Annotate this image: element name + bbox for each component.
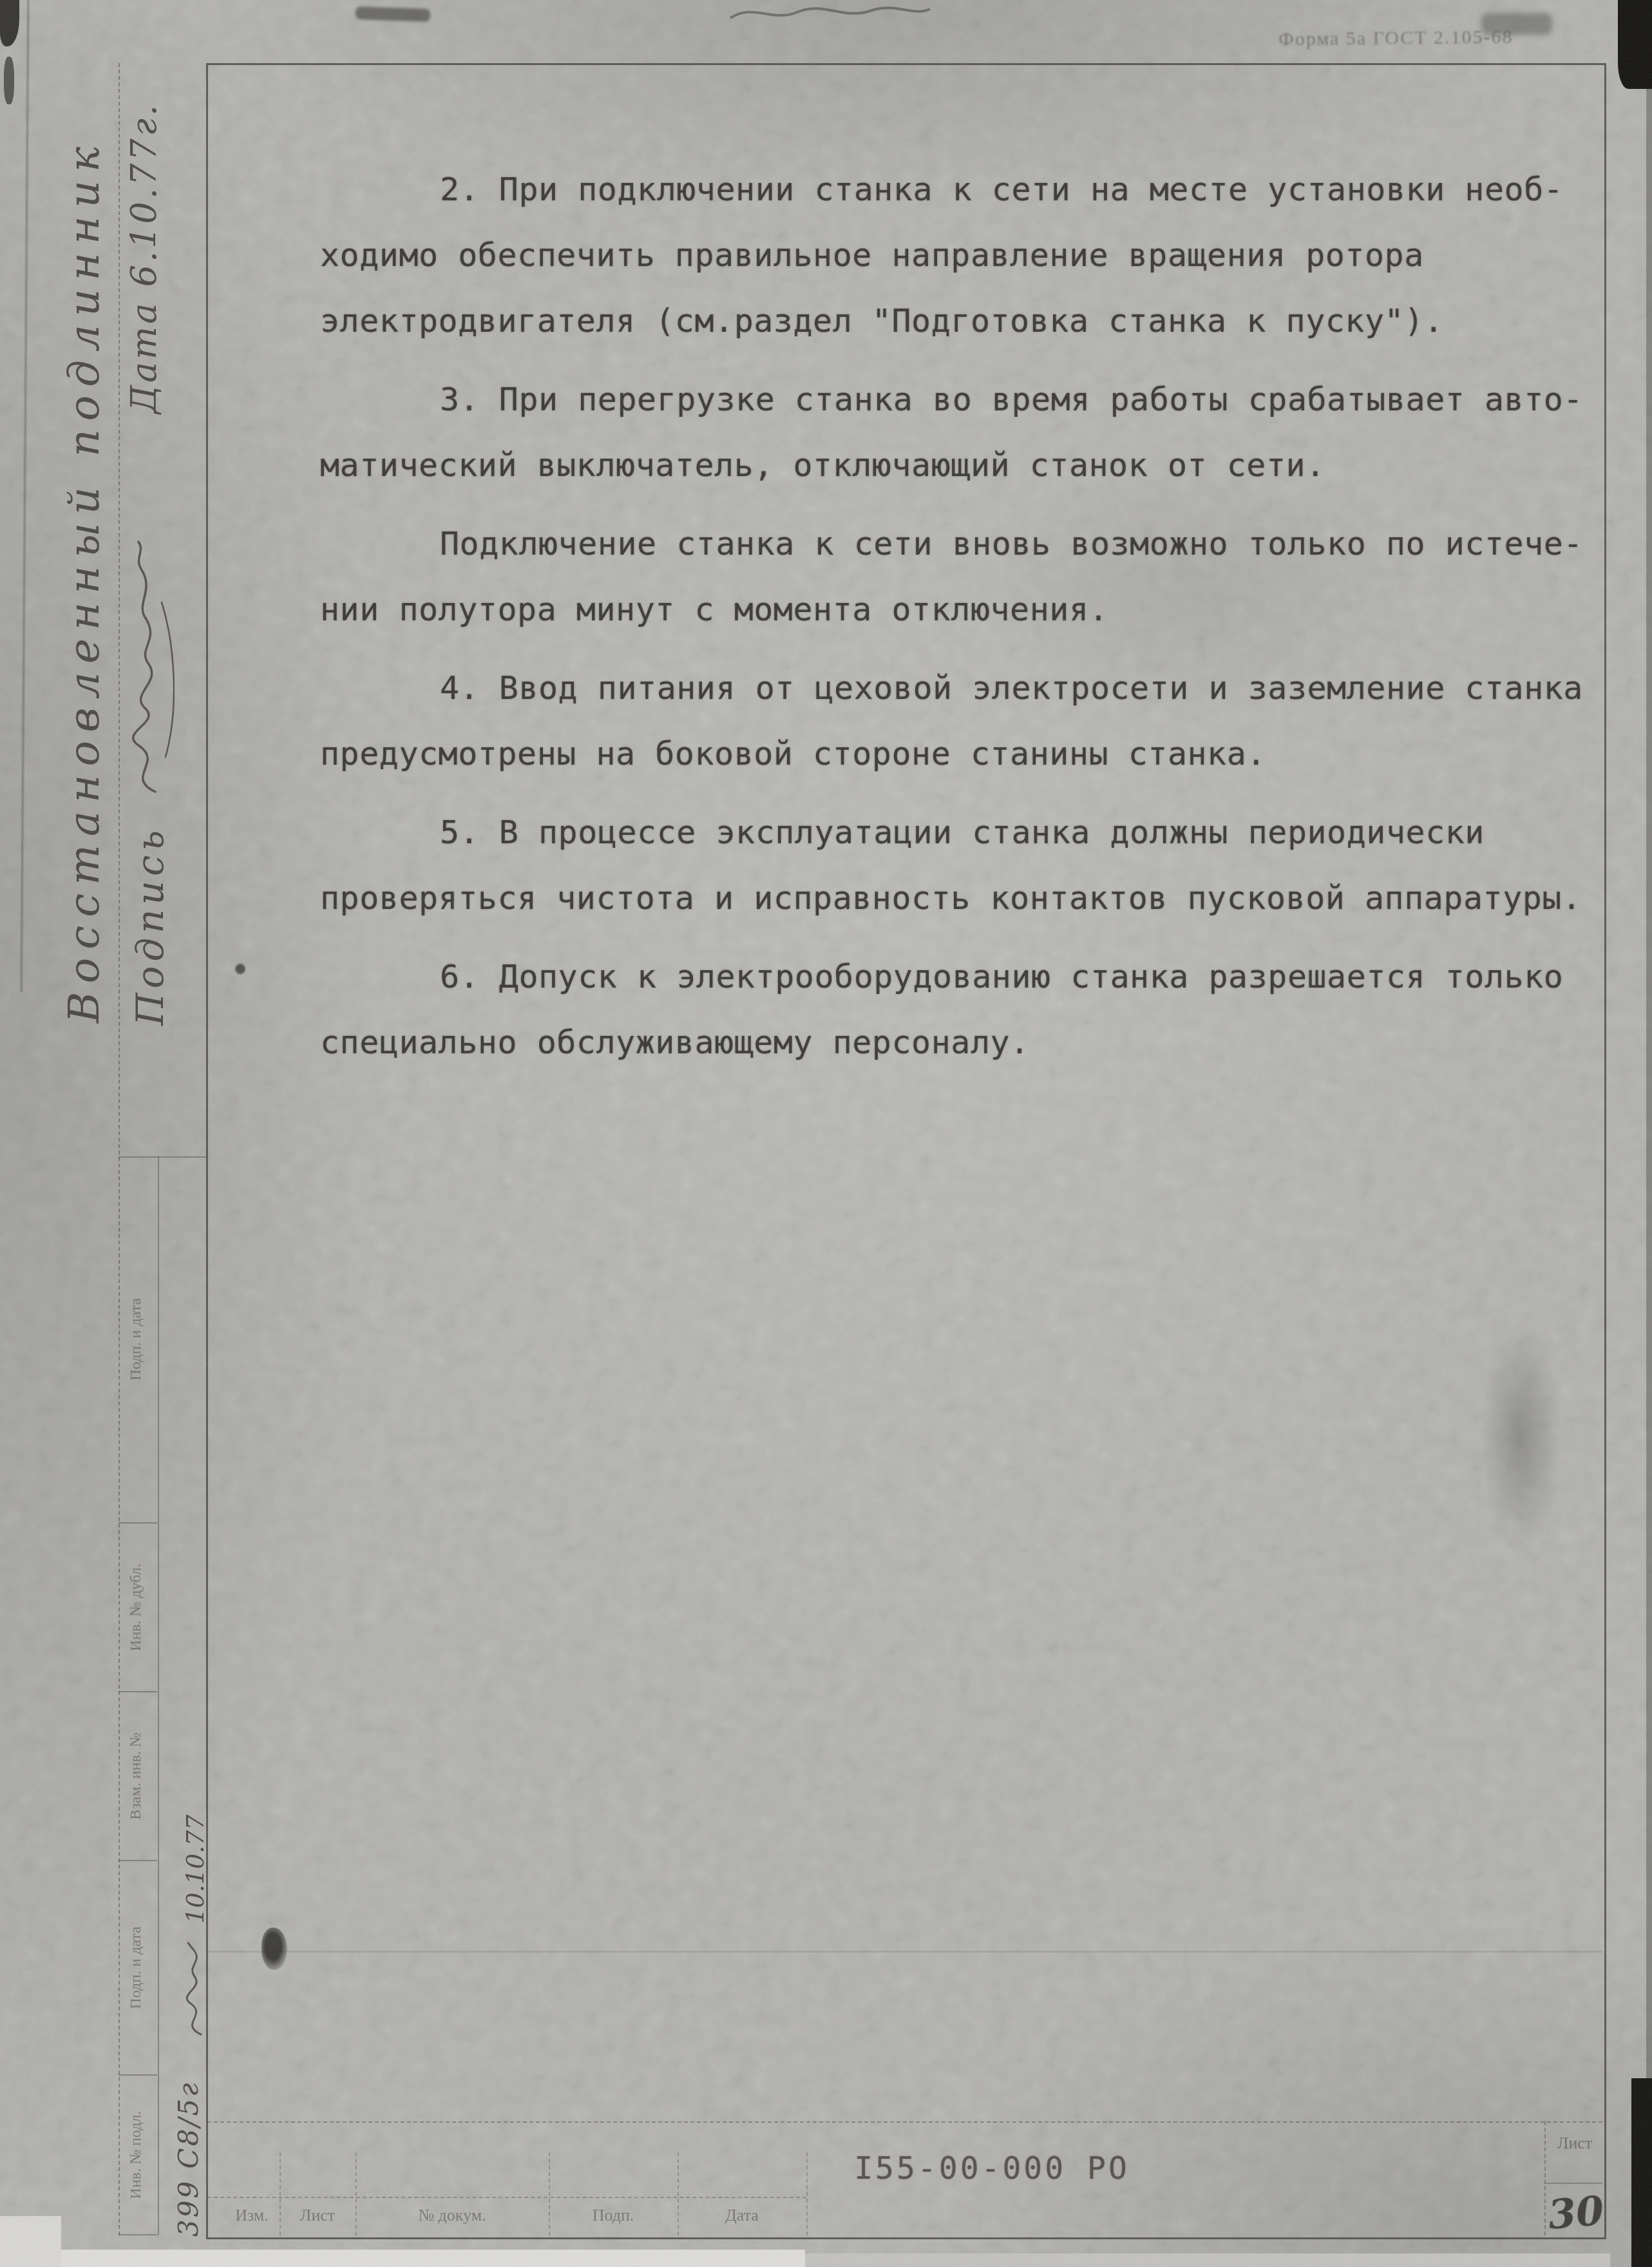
stamp-date-text: 10.10.77: [181, 1815, 209, 1924]
scan-edge-right-thin: [1646, 0, 1652, 2267]
stamp-date-entry: 10.10.77: [175, 1728, 213, 2037]
text-line: специально обслуживающему персоналу.: [320, 1009, 1599, 1075]
handwritten-date-note: Дата 6.10.77г.: [124, 79, 164, 414]
paragraph: 6. Допуск к электрооборудованию станка р…: [320, 944, 1599, 1075]
stamp-field-label: Подп. и дата: [128, 1159, 145, 1520]
paper-cut-bottom-gray: [805, 2253, 1610, 2267]
paragraph: 5. В процессе эксплуатации станка должны…: [320, 799, 1599, 931]
scanned-document-page: Восстановленный подлинник Подпись Дата 6…: [0, 0, 1652, 2267]
stamp-field-label: Подп. и дата: [128, 1864, 145, 2072]
paper-edge-line-left: [21, 0, 30, 992]
title-block-column-label: Лист: [280, 2206, 356, 2225]
paper-cut-corner: [0, 2216, 61, 2267]
stamp-field-label: Инв. № дубл.: [128, 1526, 145, 1688]
text-line: проверяться чистота и исправность контак…: [320, 865, 1599, 931]
stamp-field-label: Инв. № подл.: [128, 2078, 145, 2232]
title-block-column-label: № докум.: [356, 2206, 549, 2225]
title-block-top-line: [207, 2121, 1602, 2123]
text-line: матический выключатель, отключающий стан…: [320, 432, 1599, 498]
ink-stain: [261, 1927, 287, 1970]
ink-dot: [234, 962, 246, 975]
sheet-label: Лист: [1546, 2134, 1604, 2153]
stamp-field-box: Инв. № дубл.: [119, 1524, 157, 1692]
text-line: электродвигателя (см.раздел "Подготовка …: [320, 288, 1599, 354]
title-block-column-label: Дата: [678, 2206, 806, 2225]
title-block-row-line: [207, 2197, 806, 2198]
scan-edge-chip-topleft: [0, 0, 19, 46]
signature-label: Подпись: [128, 826, 172, 1026]
paragraph: Подключение станка к сети вновь возможно…: [320, 511, 1599, 642]
sheet-cell-mid-line: [1544, 2183, 1602, 2184]
stamp-field-box: Подп. и дата: [119, 1156, 157, 1524]
typewritten-text: 2. При подключении станка к сети на мест…: [320, 157, 1599, 1088]
text-line: 5. В процессе эксплуатации станка должны…: [320, 799, 1599, 865]
text-line: предусмотрены на боковой стороне станины…: [320, 721, 1599, 787]
document-number: І55-00-000 РО: [834, 2150, 1150, 2186]
title-block-cell-line: [806, 2152, 808, 2235]
paragraph: 2. При подключении станка к сети на мест…: [320, 157, 1599, 354]
title-block-column-label: Подп.: [549, 2206, 678, 2225]
title-block-column-label: Изм.: [224, 2206, 280, 2225]
paragraph: 3. При перегрузке станка во время работы…: [320, 367, 1599, 498]
text-line: нии полутора минут с момента отключения.: [320, 577, 1599, 642]
text-line: 4. Ввод питания от цеховой электросети и…: [320, 655, 1599, 721]
text-line: 6. Допуск к электрооборудованию станка р…: [320, 944, 1599, 1009]
stamp-field-label: Взам. инв. №: [128, 1695, 145, 1857]
paper-cut-bottom-white: [0, 2250, 805, 2267]
scan-squiggle-top: [728, 1, 934, 27]
text-line: 2. При подключении станка к сети на мест…: [320, 157, 1599, 222]
inventory-number-entry: 399 С8/5г: [173, 2050, 204, 2237]
paragraph: 4. Ввод питания от цеховой электросети и…: [320, 655, 1599, 787]
signature-scribble-small: [175, 1940, 213, 2037]
signature-scribble: [119, 538, 175, 796]
text-line: ходимо обеспечить правильное направление…: [320, 222, 1599, 288]
stamp-field-box: Подп. и дата: [119, 1861, 157, 2076]
handwritten-signature-line: Подпись: [119, 433, 175, 1026]
scan-smudge-topright: [1481, 13, 1552, 35]
handwritten-restored-note: Восстановленный подлинник: [59, 263, 109, 1023]
scan-edge-chip-left: [4, 57, 14, 104]
stamp-field-box: Инв. № подл.: [119, 2076, 157, 2235]
scan-streak: [207, 1951, 1602, 1953]
text-line: Подключение станка к сети вновь возможно…: [320, 511, 1599, 577]
text-line: 3. При перегрузке станка во время работы…: [320, 367, 1599, 432]
sheet-number: 30: [1545, 2186, 1607, 2239]
stamp-field-box: Взам. инв. №: [119, 1692, 157, 1861]
margin-stamp-column: Подп. и датаИнв. № дубл.Взам. инв. №Подп…: [119, 1156, 158, 2235]
scan-mark-top: [356, 6, 431, 22]
